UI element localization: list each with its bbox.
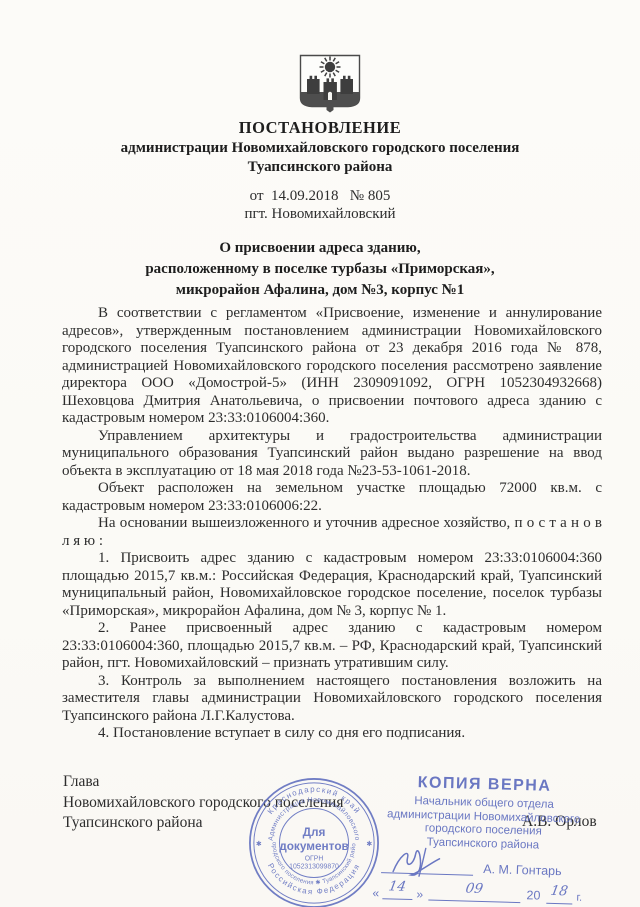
date-quote-open: « — [372, 886, 379, 900]
body-paragraph: Управлением архитектуры и градостроитель… — [62, 428, 602, 481]
handwritten-day: 14 — [388, 878, 408, 894]
org-name-line2: Туапсинского района — [0, 159, 640, 176]
subject-line2: расположенному в поселке турбазы «Примор… — [0, 259, 640, 280]
copy-verified-stamp: КОПИЯ ВЕРНА Начальник общего отдела адми… — [370, 773, 596, 907]
date-month-field: 09 — [428, 880, 521, 904]
subject-block: О присвоении адреса зданию, расположенно… — [0, 238, 640, 301]
body-paragraph: Объект расположен на земельном участке п… — [62, 480, 602, 515]
date-day-field: 14 — [382, 878, 413, 900]
subject-line1: О присвоении адреса зданию, — [0, 238, 640, 259]
date-and-number: от 14.09.2018 № 805 — [0, 188, 640, 205]
body-paragraph: В соответствии с регламентом «Присвоение… — [62, 305, 602, 428]
date-year-prefix: 20 — [526, 888, 540, 902]
document-title: ПОСТАНОВЛЕНИЕ — [0, 118, 640, 138]
coat-of-arms-icon — [299, 53, 361, 117]
round-seal-stamp: Краснодарский край Российская Федерация … — [245, 774, 383, 907]
handwritten-signature-icon — [389, 845, 456, 879]
date-quote-close: » — [416, 887, 423, 901]
org-name-line1: администрации Новомихайловского городско… — [0, 140, 640, 157]
body-paragraph: 3. Контроль за выполнением настоящего по… — [62, 673, 602, 726]
date-year-suffix: г. — [576, 892, 582, 904]
body-paragraph: На основании вышеизложенного и уточнив а… — [62, 515, 602, 550]
body-paragraph: 2. Ранее присвоенный адрес зданию с када… — [62, 620, 602, 673]
body-paragraph: 4. Постановление вступает в силу со дня … — [62, 725, 602, 743]
stamp-center-line2: документов — [279, 839, 349, 853]
stamp-star-left: ✱ — [256, 840, 262, 848]
stamp-ogrn-number: 1052313099870 — [289, 864, 339, 871]
copy-stamp-signer-name: А. М. Гонтарь — [483, 862, 562, 878]
stamp-ogrn-label: ОГРН — [305, 856, 324, 863]
document-body: В соответствии с регламентом «Присвоение… — [62, 305, 602, 743]
place-line: пгт. Новомихайловский — [0, 206, 640, 223]
copy-stamp-date-row: « 14 » 09 20 18 г. — [370, 882, 593, 907]
body-paragraph: 1. Присвоить адрес зданию с кадастровым … — [62, 550, 602, 620]
document-page: ПОСТАНОВЛЕНИЕ администрации Новомихайлов… — [0, 0, 640, 907]
date-year-field: 18 — [546, 883, 573, 905]
handwritten-month: 09 — [465, 881, 485, 897]
handwritten-year: 18 — [550, 883, 570, 899]
copy-stamp-title: КОПИЯ ВЕРНА — [373, 773, 595, 797]
subject-line3: микрорайон Афалина, дом №3, корпус №1 — [0, 280, 640, 301]
stamp-center-line1: Для — [303, 825, 326, 839]
